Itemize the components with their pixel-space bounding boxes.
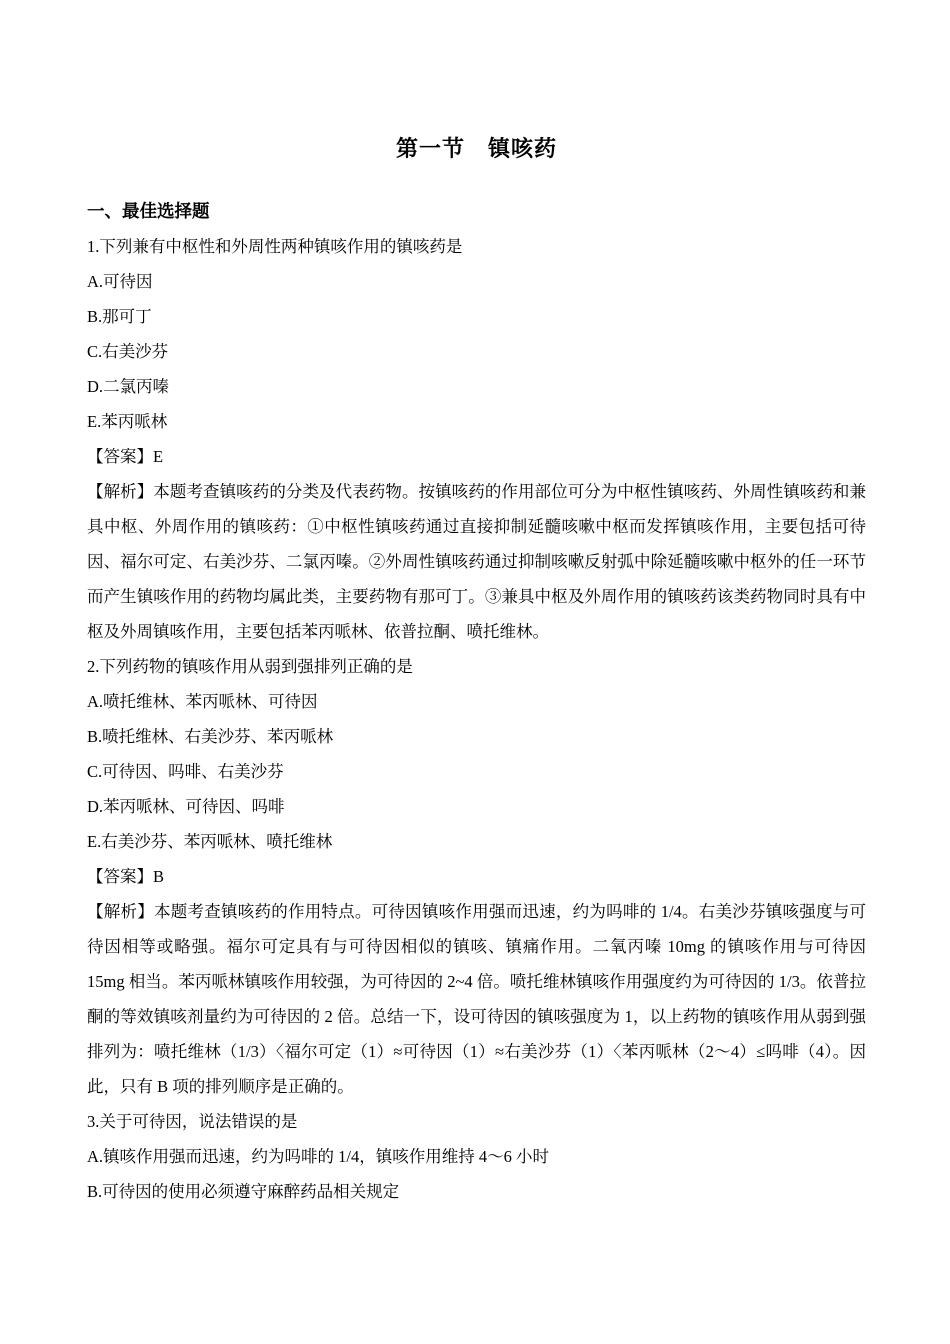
question-2-option-e: E.右美沙芬、苯丙哌林、喷托维林 xyxy=(87,824,866,859)
question-2-option-a: A.喷托维林、苯丙哌林、可待因 xyxy=(87,684,866,719)
page-title: 第一节 镇咳药 xyxy=(87,136,866,162)
question-2-analysis: 【解析】本题考查镇咳药的作用特点。可待因镇咳作用强而迅速，约为吗啡的 1/4。右… xyxy=(87,894,866,1104)
question-1-option-d: D.二氯丙嗪 xyxy=(87,369,866,404)
question-1-answer: 【答案】E xyxy=(87,439,866,474)
question-2-stem: 2.下列药物的镇咳作用从弱到强排列正确的是 xyxy=(87,649,866,684)
question-1-stem: 1.下列兼有中枢性和外周性两种镇咳作用的镇咳药是 xyxy=(87,229,866,264)
question-1-option-c: C.右美沙芬 xyxy=(87,334,866,369)
question-3-option-a: A.镇咳作用强而迅速，约为吗啡的 1/4，镇咳作用维持 4～6 小时 xyxy=(87,1139,866,1174)
document-page: 第一节 镇咳药 一、最佳选择题 1.下列兼有中枢性和外周性两种镇咳作用的镇咳药是… xyxy=(0,0,950,1344)
question-1-option-a: A.可待因 xyxy=(87,264,866,299)
section-header: 一、最佳选择题 xyxy=(87,194,866,229)
question-1-analysis: 【解析】本题考查镇咳药的分类及代表药物。按镇咳药的作用部位可分为中枢性镇咳药、外… xyxy=(87,474,866,649)
question-1-option-e: E.苯丙哌林 xyxy=(87,404,866,439)
question-3-stem: 3.关于可待因，说法错误的是 xyxy=(87,1104,866,1139)
question-2-option-b: B.喷托维林、右美沙芬、苯丙哌林 xyxy=(87,719,866,754)
question-2-answer: 【答案】B xyxy=(87,859,866,894)
question-2-option-c: C.可待因、吗啡、右美沙芬 xyxy=(87,754,866,789)
question-3-option-b: B.可待因的使用必须遵守麻醉药品相关规定 xyxy=(87,1174,866,1209)
question-1-option-b: B.那可丁 xyxy=(87,299,866,334)
question-2-option-d: D.苯丙哌林、可待因、吗啡 xyxy=(87,789,866,824)
